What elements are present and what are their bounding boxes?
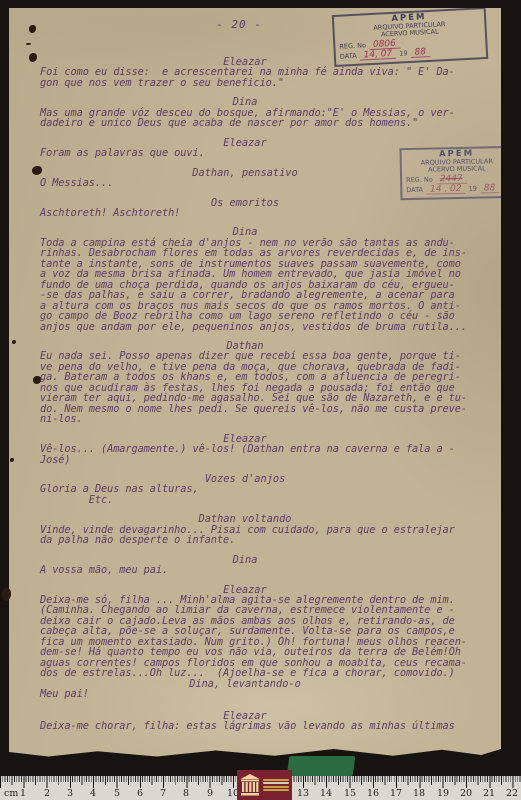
ruler-number: 7: [160, 788, 166, 799]
ruler-number: 9: [207, 788, 213, 799]
speech-text: Deixa-me chorar, filha: estas lágrimas v…: [40, 721, 495, 731]
ruler-number: 16: [367, 788, 379, 799]
ruler-number: 14: [320, 788, 332, 799]
scanned-page: { "page": { "number_label": "- 20 -" }, …: [0, 0, 521, 800]
speech-text: Vê-los... (Amargamente.) vê-los! (Dathan…: [40, 444, 495, 465]
building-icon: [240, 774, 260, 796]
ruler-number: 3: [67, 788, 73, 799]
ruler-number: 1: [20, 788, 26, 799]
script-block: Os emoritos Aschtoreth! Aschtoreth!: [40, 198, 495, 219]
ruler-number: 21: [483, 788, 495, 799]
ruler-number: 15: [344, 788, 356, 799]
ruler-number: 18: [413, 788, 425, 799]
speech-text: Toda a campina está cheia d'anjos - nem …: [40, 238, 495, 332]
speech-text: O Messias...: [40, 178, 495, 188]
script-block: Eleazar Foi como eu disse: e acrescentar…: [40, 57, 495, 88]
stamp-reg-label: REG. No: [339, 42, 366, 51]
ruler-number: 20: [460, 788, 472, 799]
archive-institution-logo: [237, 770, 292, 800]
script-block: Dina A vossa mão, meu pai.: [40, 555, 495, 576]
speech-text: Deixa-me só, filha ... Minh'alma agita-s…: [40, 595, 495, 679]
speech-text: Eu nada sei. Posso apenas dizer que rece…: [40, 351, 495, 424]
script-block: Eleazar Deixa-me só, filha ... Minh'alma…: [40, 585, 495, 679]
ruler-number: 4: [90, 788, 96, 799]
speech-text: Gloria a Deus nas alturas, Etc.: [40, 484, 495, 505]
ruler-unit-label: cm: [4, 788, 18, 799]
ruler-number: 5: [114, 788, 120, 799]
paper-sheet: - 20 - APEM ARQUIVO PARTICULAR ACERVO MU…: [9, 8, 501, 758]
speech-text: Aschtoreth! Aschtoreth!: [40, 208, 495, 218]
script-block: Dina Mas uma grande vóz desceu do bosque…: [40, 97, 495, 128]
ruler-number: 22: [506, 788, 518, 799]
script-block: Eleazar Foram as palavras que ouvi.: [40, 138, 495, 159]
ruler-number: 8: [183, 788, 189, 799]
ruler-number: 13: [297, 788, 309, 799]
speech-text: A vossa mão, meu pai.: [40, 565, 495, 575]
speech-text: Foi como eu disse: e acrescentarei na mi…: [40, 67, 495, 88]
speaker-heading: Dina, levantando-o: [40, 679, 450, 689]
speech-text: Mas uma grande vóz desceu do bosque, afi…: [40, 108, 495, 129]
script-block: Eleazar Vê-los... (Amargamente.) vê-los!…: [40, 434, 495, 465]
speech-text: Meu pai!: [40, 689, 495, 699]
script-block: Dathan voltando Vinde, vinde devagarinho…: [40, 514, 495, 545]
ruler-number: 6: [137, 788, 143, 799]
ruler-number: 2: [44, 788, 50, 799]
logo-text-lines: [263, 779, 289, 792]
script-text: Eleazar Foi como eu disse: e acrescentar…: [40, 57, 495, 731]
speech-text: Vinde, vinde devagarinho... Pisai com cu…: [40, 525, 495, 546]
script-block: Vozes d'anjos Gloria a Deus nas alturas,…: [40, 474, 495, 505]
ruler-number: 19: [437, 788, 449, 799]
script-block: Eleazar Deixa-me chorar, filha: estas lá…: [40, 711, 495, 732]
speech-text: Foram as palavras que ouvi.: [40, 148, 495, 158]
script-block: Dina Toda a campina está cheia d'anjos -…: [40, 227, 495, 332]
script-block: Dathan, pensativo O Messias...: [40, 168, 495, 189]
script-block: Dathan Eu nada sei. Posso apenas dizer q…: [40, 341, 495, 425]
green-backing-patch: [287, 756, 356, 776]
script-block: Dina, levantando-o Meu pai!: [40, 679, 495, 700]
ruler-number: 17: [390, 788, 402, 799]
